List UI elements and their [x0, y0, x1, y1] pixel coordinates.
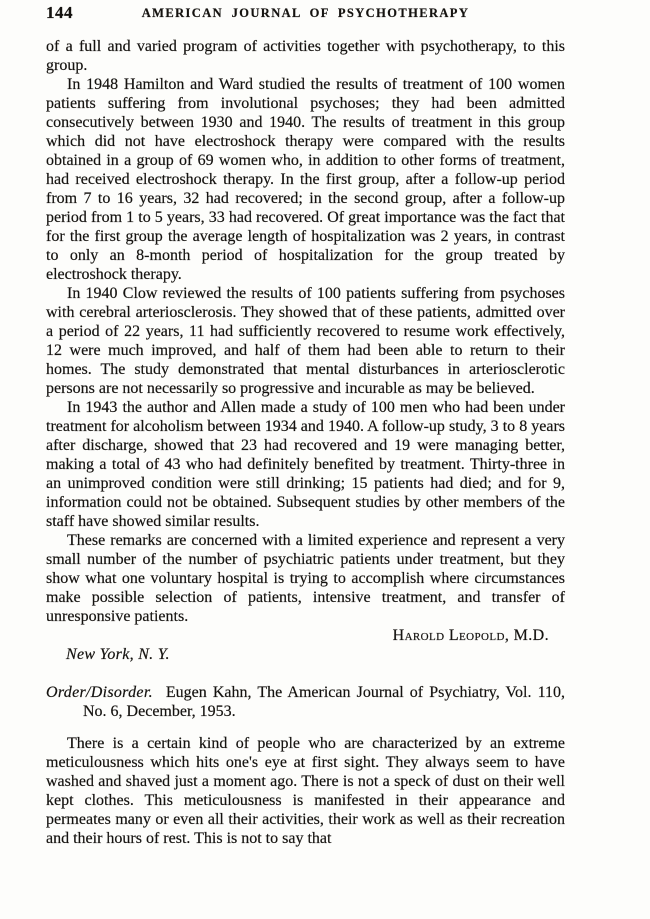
paragraph-alcoholism-study: In 1943 the author and Allen made a stud… — [46, 398, 565, 531]
review-work-title: Order/Disorder. — [46, 684, 153, 701]
paragraph-hamilton-ward-study: In 1948 Hamilton and Ward studied the re… — [46, 75, 565, 284]
author-name: Harold Leopold, M.D. — [393, 627, 549, 644]
author-location: New York, N. Y. — [46, 645, 565, 664]
paragraph-review-body: There is a certain kind of people who ar… — [46, 734, 565, 848]
review-section: Order/Disorder.Eugen Kahn, The American … — [46, 683, 565, 848]
page-header: 144 AMERICAN JOURNAL OF PSYCHOTHERAPY — [46, 3, 565, 27]
author-signature: Harold Leopold, M.D. — [46, 626, 565, 645]
journal-page: 144 AMERICAN JOURNAL OF PSYCHOTHERAPY of… — [0, 0, 650, 919]
paragraph-closing-remarks: These remarks are concerned with a limit… — [46, 531, 565, 626]
journal-title: AMERICAN JOURNAL OF PSYCHOTHERAPY — [46, 3, 565, 21]
review-citation: Eugen Kahn, The American Journal of Psyc… — [83, 684, 565, 720]
page-text-block: of a full and varied program of activiti… — [46, 37, 565, 848]
page-number: 144 — [46, 3, 73, 23]
paragraph-intro-continuation: of a full and varied program of activiti… — [46, 37, 565, 75]
review-heading: Order/Disorder.Eugen Kahn, The American … — [46, 683, 565, 721]
paragraph-clow-review: In 1940 Clow reviewed the results of 100… — [46, 284, 565, 398]
